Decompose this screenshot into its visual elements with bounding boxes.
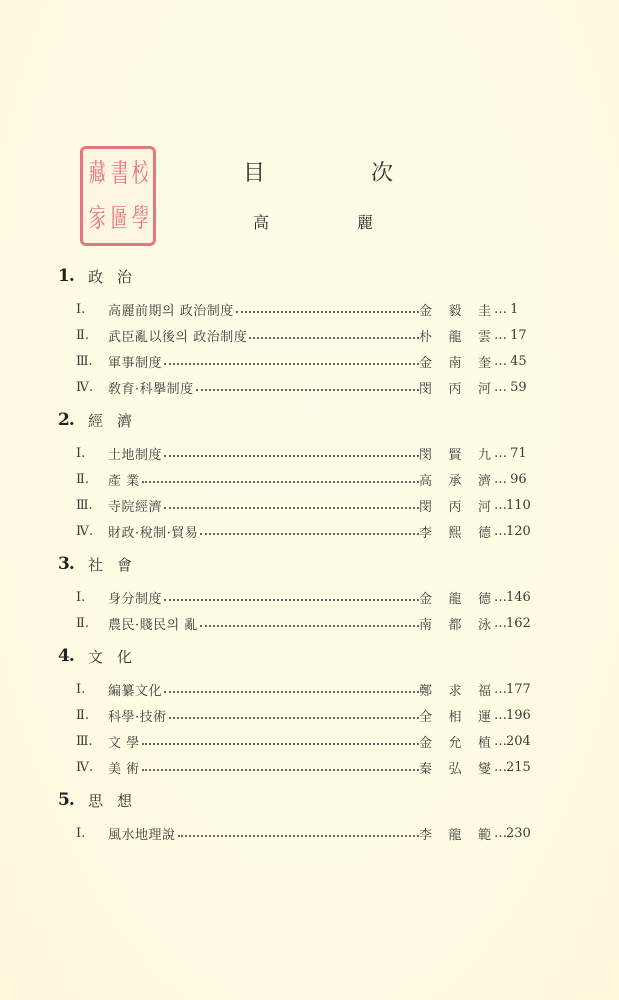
page-number: …120	[494, 524, 538, 539]
chapter-title: 編纂文化	[108, 680, 162, 699]
dot-leader	[178, 821, 419, 837]
dot-leader	[164, 349, 419, 365]
library-seal-stamp: 藏 書 校 家 圖 學	[80, 146, 156, 246]
dot-leader	[200, 611, 419, 627]
seal-char: 藏	[89, 152, 104, 196]
toc-entry[interactable]: Ⅰ. 編纂文化 鄭求福 …177	[58, 676, 538, 702]
chapter-numeral: Ⅰ.	[58, 590, 108, 605]
chapter-title: 土地制度	[108, 444, 162, 463]
author-name: 鄭求福	[419, 680, 494, 699]
chapter-numeral: Ⅲ.	[58, 498, 108, 513]
dot-leader	[142, 729, 419, 745]
dot-leader	[142, 755, 419, 771]
seal-char: 圖	[110, 197, 126, 241]
page-number: …230	[494, 826, 538, 841]
chapter-title: 風水地理說	[108, 824, 176, 843]
chapter-numeral: Ⅱ.	[58, 616, 108, 631]
page-title-char: 次	[371, 156, 393, 187]
toc-entry[interactable]: Ⅱ. 農民·賤民의 亂 南都泳 …162	[58, 610, 538, 636]
page-number: …110	[494, 498, 538, 513]
author-name: 秦弘燮	[419, 758, 494, 777]
author-name: 閔丙河	[419, 378, 494, 397]
table-of-contents: 1. 政治 Ⅰ. 高麗前期의 政治制度 金毅圭 … 1 Ⅱ. 武臣亂以後의 政治…	[58, 262, 538, 846]
chapter-numeral: Ⅳ.	[58, 760, 108, 775]
section-heading: 5. 思想	[58, 786, 538, 814]
author-name: 金允植	[419, 732, 494, 751]
section-heading: 4. 文化	[58, 642, 538, 670]
page-number: … 45	[494, 354, 538, 369]
toc-entry[interactable]: Ⅰ. 土地制度 閔賢九 … 71	[58, 440, 538, 466]
chapter-numeral: Ⅰ.	[58, 826, 108, 841]
toc-entry[interactable]: Ⅲ. 文 學 金允植 …204	[58, 728, 538, 754]
section-title: 文化	[88, 646, 146, 667]
chapter-numeral: Ⅲ.	[58, 734, 108, 749]
dot-leader	[236, 297, 419, 313]
dot-leader	[164, 493, 419, 509]
chapter-title: 高麗前期의 政治制度	[108, 300, 234, 319]
chapter-title: 武臣亂以後의 政治制度	[108, 326, 247, 345]
author-name: 李龍範	[419, 824, 494, 843]
section-number: 3.	[58, 554, 88, 574]
section-heading: 1. 政治	[58, 262, 538, 290]
chapter-title: 敎育·科擧制度	[108, 378, 194, 397]
book-page: 藏 書 校 家 圖 學 目 次 高 麗 1. 政治 Ⅰ. 高麗前期의 政治制度 …	[0, 0, 619, 1000]
toc-entry[interactable]: Ⅲ. 寺院經濟 閔丙河 …110	[58, 492, 538, 518]
dot-leader	[200, 519, 419, 535]
toc-section: 4. 文化 Ⅰ. 編纂文化 鄭求福 …177 Ⅱ. 科學·技術 全相運 …196	[58, 642, 538, 780]
chapter-numeral: Ⅰ.	[58, 302, 108, 317]
page-number: …204	[494, 734, 538, 749]
page-number: … 17	[494, 328, 538, 343]
section-number: 5.	[58, 790, 88, 810]
author-name: 高承濟	[419, 470, 494, 489]
section-title: 思想	[88, 790, 146, 811]
section-title: 社會	[88, 554, 146, 575]
page-subtitle: 高 麗	[253, 210, 373, 233]
toc-entry[interactable]: Ⅳ. 敎育·科擧制度 閔丙河 … 59	[58, 374, 538, 400]
toc-entry[interactable]: Ⅰ. 高麗前期의 政治制度 金毅圭 … 1	[58, 296, 538, 322]
toc-entry[interactable]: Ⅱ. 產 業 高承濟 … 96	[58, 466, 538, 492]
section-number: 1.	[58, 266, 88, 286]
chapter-title: 身分制度	[108, 588, 162, 607]
dot-leader	[169, 703, 419, 719]
chapter-numeral: Ⅳ.	[58, 380, 108, 395]
toc-entry[interactable]: Ⅱ. 科學·技術 全相運 …196	[58, 702, 538, 728]
author-name: 金毅圭	[419, 300, 494, 319]
author-name: 金龍德	[419, 588, 494, 607]
dot-leader	[164, 441, 419, 457]
seal-char: 書	[110, 152, 126, 196]
chapter-numeral: Ⅰ.	[58, 446, 108, 461]
page-number: … 59	[494, 380, 538, 395]
toc-entry[interactable]: Ⅳ. 美 術 秦弘燮 …215	[58, 754, 538, 780]
chapter-numeral: Ⅱ.	[58, 708, 108, 723]
page-number: … 71	[494, 446, 538, 461]
chapter-title: 科學·技術	[108, 706, 167, 725]
section-title: 政治	[88, 266, 146, 287]
seal-char: 學	[132, 197, 147, 241]
chapter-numeral: Ⅱ.	[58, 472, 108, 487]
page-number: …146	[494, 590, 538, 605]
dot-leader	[142, 467, 419, 483]
toc-entry[interactable]: Ⅱ. 武臣亂以後의 政治制度 朴龍雲 … 17	[58, 322, 538, 348]
author-name: 閔賢九	[419, 444, 494, 463]
section-title: 經濟	[88, 410, 146, 431]
dot-leader	[196, 375, 419, 391]
dot-leader	[164, 585, 419, 601]
chapter-title: 軍事制度	[108, 352, 162, 371]
page-number: …177	[494, 682, 538, 697]
toc-section: 5. 思想 Ⅰ. 風水地理說 李龍範 …230	[58, 786, 538, 846]
author-name: 金南奎	[419, 352, 494, 371]
chapter-title: 美 術	[108, 758, 140, 777]
chapter-title: 農民·賤民의 亂	[108, 614, 198, 633]
page-number: …162	[494, 616, 538, 631]
page-title-char: 目	[243, 156, 265, 187]
toc-entry[interactable]: Ⅰ. 風水地理說 李龍範 …230	[58, 820, 538, 846]
page-title: 目 次	[243, 156, 393, 187]
dot-leader	[164, 677, 419, 693]
seal-char: 家	[89, 197, 104, 241]
page-number: … 1	[494, 302, 538, 317]
chapter-numeral: Ⅰ.	[58, 682, 108, 697]
chapter-title: 財政·稅制·貿易	[108, 522, 198, 541]
author-name: 南都泳	[419, 614, 494, 633]
page-subtitle-char: 麗	[357, 210, 373, 233]
toc-section: 3. 社會 Ⅰ. 身分制度 金龍德 …146 Ⅱ. 農民·賤民의 亂 南都泳 ……	[58, 550, 538, 636]
author-name: 李熙德	[419, 522, 494, 541]
chapter-title: 寺院經濟	[108, 496, 162, 515]
toc-section: 2. 經濟 Ⅰ. 土地制度 閔賢九 … 71 Ⅱ. 產 業 高承濟 … 96	[58, 406, 538, 544]
page-number: …196	[494, 708, 538, 723]
toc-entry[interactable]: Ⅲ. 軍事制度 金南奎 … 45	[58, 348, 538, 374]
section-heading: 2. 經濟	[58, 406, 538, 434]
page-number: … 96	[494, 472, 538, 487]
toc-entry[interactable]: Ⅳ. 財政·稅制·貿易 李熙德 …120	[58, 518, 538, 544]
author-name: 全相運	[419, 706, 494, 725]
chapter-numeral: Ⅱ.	[58, 328, 108, 343]
page-subtitle-char: 高	[253, 210, 269, 233]
section-number: 2.	[58, 410, 88, 430]
toc-entry[interactable]: Ⅰ. 身分制度 金龍德 …146	[58, 584, 538, 610]
section-number: 4.	[58, 646, 88, 666]
toc-section: 1. 政治 Ⅰ. 高麗前期의 政治制度 金毅圭 … 1 Ⅱ. 武臣亂以後의 政治…	[58, 262, 538, 400]
section-heading: 3. 社會	[58, 550, 538, 578]
chapter-numeral: Ⅳ.	[58, 524, 108, 539]
dot-leader	[249, 323, 419, 339]
page-number: …215	[494, 760, 538, 775]
chapter-title: 產 業	[108, 470, 140, 489]
chapter-title: 文 學	[108, 732, 140, 751]
chapter-numeral: Ⅲ.	[58, 354, 108, 369]
author-name: 朴龍雲	[419, 326, 494, 345]
seal-char: 校	[132, 152, 147, 196]
author-name: 閔丙河	[419, 496, 494, 515]
